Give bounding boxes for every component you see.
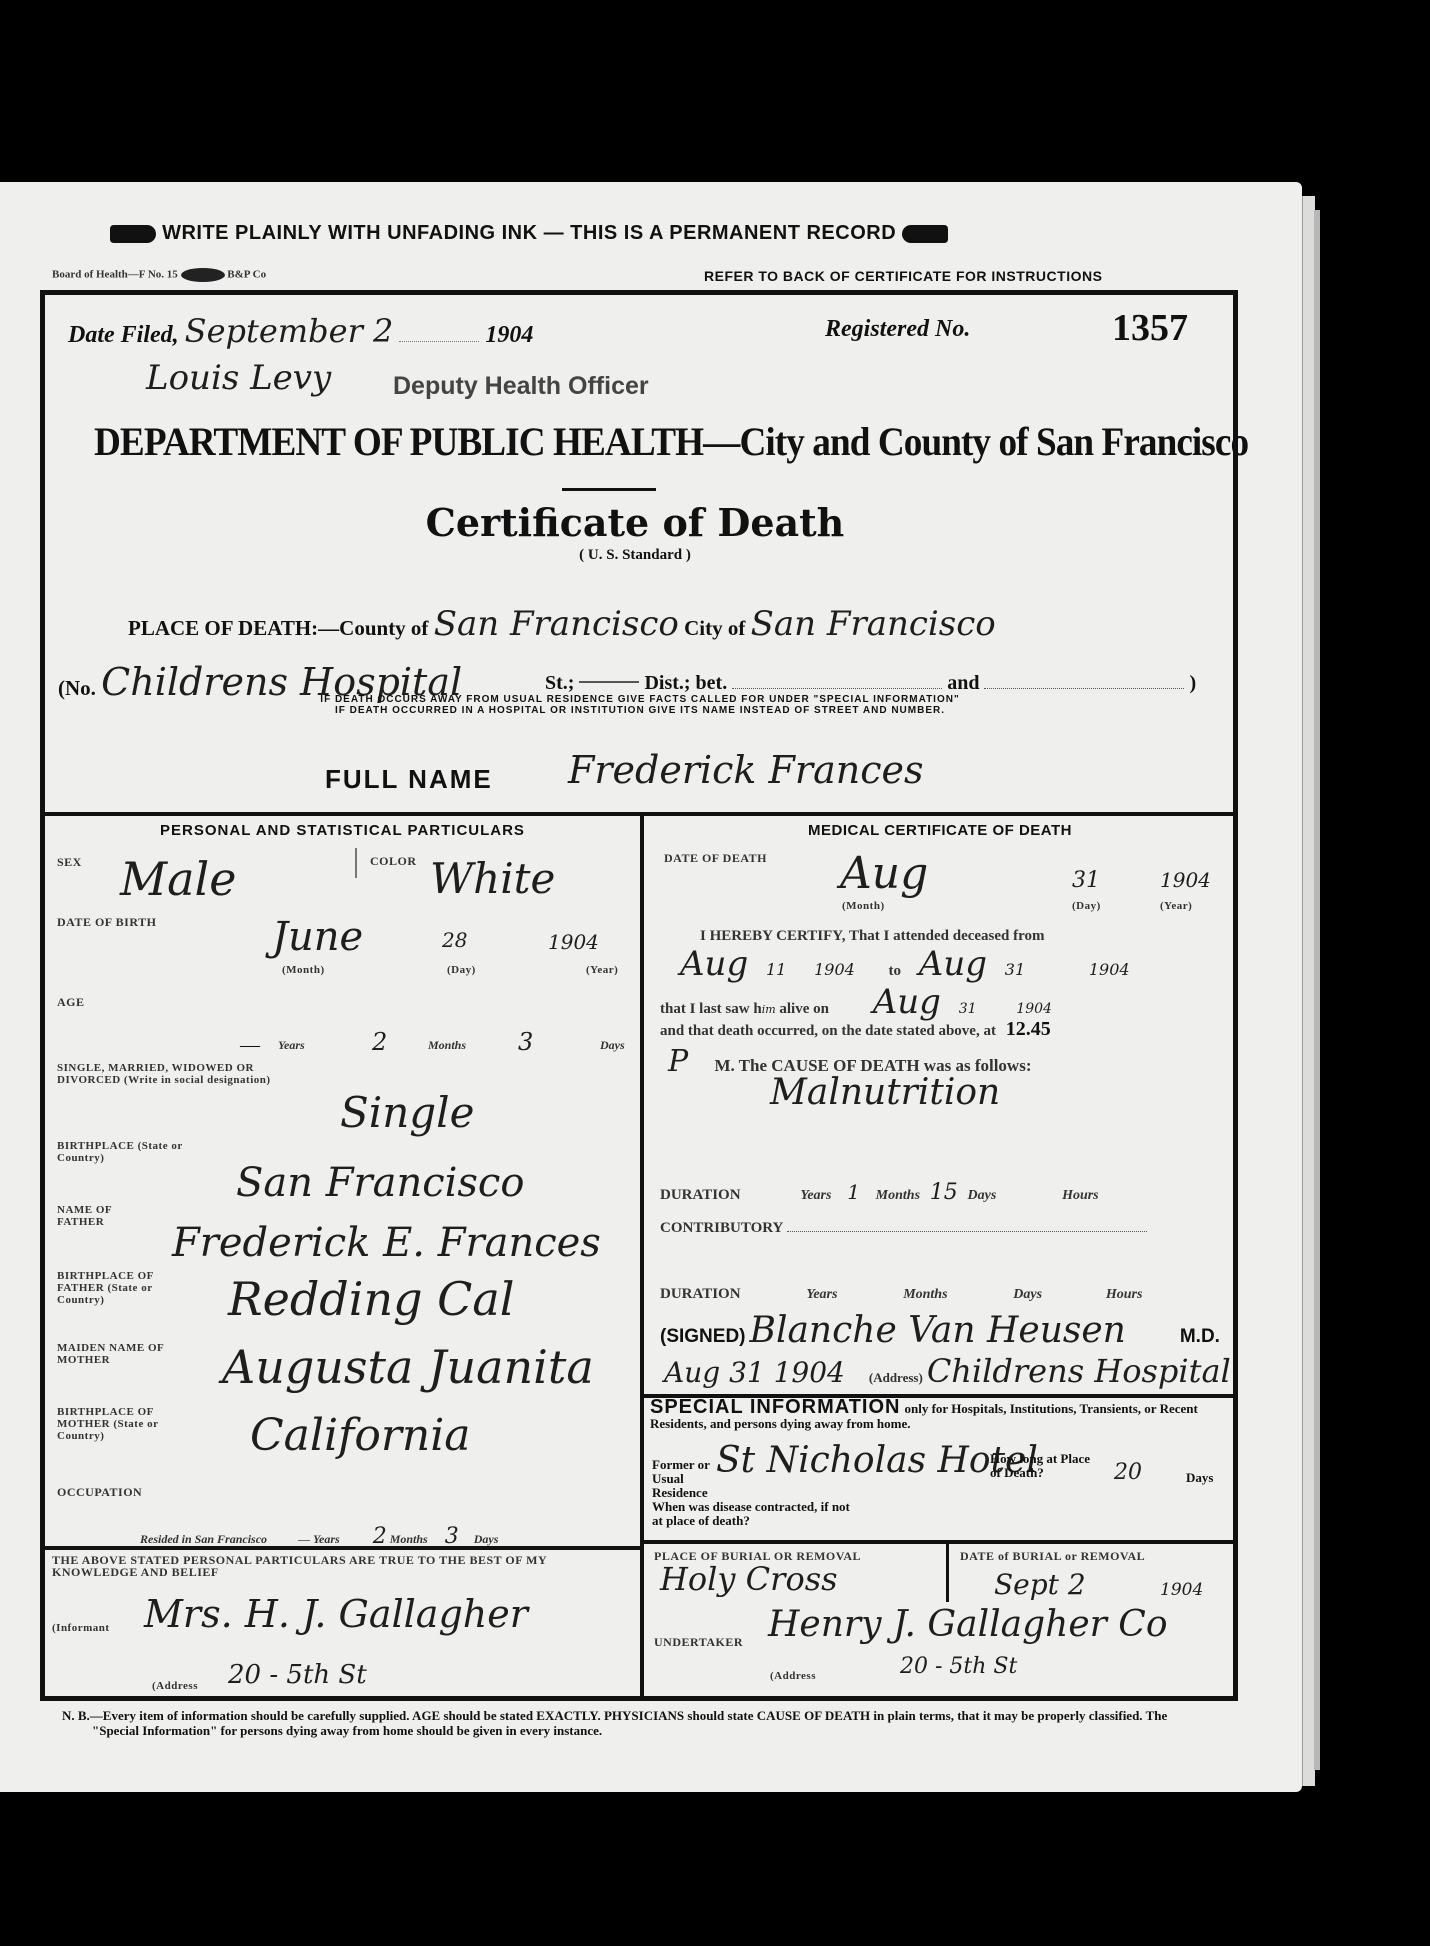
color-value: White (430, 854, 555, 903)
section-rule (40, 812, 1238, 816)
age-label: AGE (57, 996, 85, 1008)
certify-text: I HEREBY CERTIFY, That I attended deceas… (700, 928, 1045, 945)
death-time: 12.45 (1006, 1018, 1051, 1040)
burial-date: Sept 2 (994, 1568, 1086, 1601)
title-rule (562, 488, 656, 491)
death-time-row: and that death occurred, on the date sta… (660, 1018, 1051, 1041)
dod-day: 31 (1072, 868, 1100, 893)
birthplace-value: San Francisco (236, 1160, 524, 1206)
informant-statement: THE ABOVE STATED PERSONAL PARTICULARS AR… (52, 1554, 632, 1578)
how-long-value: 20 (1114, 1460, 1142, 1485)
contracted-label: When was disease contracted, if not at p… (652, 1500, 852, 1528)
officer-title: Deputy Health Officer (393, 372, 649, 401)
attended-row: Aug 11 1904 to Aug 31 1904 (680, 944, 1130, 984)
instructions-note: REFER TO BACK OF CERTIFICATE FOR INSTRUC… (704, 268, 1102, 284)
date-filed-year: 1904 (485, 322, 533, 348)
sex-value: Male (120, 852, 236, 906)
occupation-label: OCCUPATION (57, 1486, 142, 1498)
place-of-death: PLACE OF DEATH:—County of San Francisco … (128, 604, 996, 644)
undertaker-label: UNDERTAKER (654, 1636, 743, 1648)
dod-year: 1904 (1160, 868, 1211, 892)
banner-text: WRITE PLAINLY WITH UNFADING INK — THIS I… (162, 222, 896, 244)
physician-row: (SIGNED) Blanche Van Heusen M.D. (660, 1310, 1220, 1351)
father-birthplace-value: Redding Cal (228, 1272, 515, 1326)
frame-bottom (40, 1696, 1238, 1701)
dob-label: DATE OF BIRTH (57, 916, 156, 928)
department-title: DEPARTMENT OF PUBLIC HEALTH—City and Cou… (94, 418, 1248, 465)
form-id: Board of Health—F No. 15 B&P Co (52, 268, 266, 282)
undertaker-address: 20 - 5th St (900, 1654, 1017, 1679)
burial-divider (946, 1544, 949, 1602)
dob-year: 1904 (548, 930, 599, 954)
pointing-hand-icon (110, 225, 156, 243)
certificate-title: Certificate of Death (0, 500, 1270, 545)
standard-label: ( U. S. Standard ) (0, 547, 1270, 564)
mother-birthplace-value: California (250, 1410, 471, 1461)
attended-from-month: Aug (680, 944, 748, 984)
informant-address: 20 - 5th St (228, 1660, 367, 1690)
dob-month: June (272, 914, 363, 960)
color-label: COLOR (370, 855, 417, 867)
county-value: San Francisco (434, 604, 679, 644)
medical-heading: MEDICAL CERTIFICATE OF DEATH (645, 822, 1235, 839)
dod-label: DATE OF DEATH (664, 852, 767, 864)
full-name-value: Frederick Frances (568, 748, 923, 792)
mother-value: Augusta Juanita (222, 1340, 594, 1394)
father-label: NAME OF FATHER (57, 1204, 147, 1228)
physician-signature: Blanche Van Heusen (750, 1310, 1126, 1351)
column-divider (640, 812, 644, 1700)
officer-signature: Louis Levy (146, 358, 331, 398)
marital-value: Single (340, 1088, 474, 1137)
date-filed-value: September 2 (185, 312, 394, 350)
city-value: San Francisco (751, 604, 996, 644)
banner: WRITE PLAINLY WITH UNFADING INK — THIS I… (110, 222, 1190, 245)
mother-birthplace-label: BIRTHPLACE OF MOTHER (State or Country) (57, 1406, 187, 1442)
cause-value: Malnutrition (770, 1072, 1000, 1113)
duration-row: DURATION Years 1 Months 15 Days Hours (660, 1180, 1099, 1205)
place-note: IF DEATH OCCURS AWAY FROM USUAL RESIDENC… (200, 694, 1080, 716)
birthplace-label: BIRTHPLACE (State or Country) (57, 1140, 217, 1164)
special-heading: SPECIAL INFORMATION only for Hospitals, … (650, 1400, 1230, 1431)
registered-number: 1357 (1112, 306, 1188, 350)
full-name-label: FULL NAME (325, 764, 493, 795)
burial-rule (644, 1540, 1238, 1544)
age-days: 3 (518, 1028, 533, 1056)
father-value: Frederick E. Frances (172, 1220, 601, 1266)
footer-note: N. B.—Every item of information should b… (62, 1708, 1172, 1738)
duration-months: 15 (930, 1180, 958, 1205)
last-saw-month: Aug (873, 982, 941, 1022)
pointing-hand-icon (902, 225, 948, 243)
signed-row: Aug 31 1904 (Address) Childrens Hospital (664, 1352, 1231, 1390)
informant-name: Mrs. H. J. Gallagher (144, 1592, 528, 1636)
physician-address: Childrens Hospital (927, 1352, 1231, 1390)
duration-years: 1 (847, 1180, 860, 1204)
age-years: — (240, 1034, 260, 1057)
last-saw-row: that I last saw him alive on Aug 31 1904 (660, 982, 1052, 1022)
sex-label: SEX (57, 856, 82, 868)
age-months: 2 (372, 1028, 387, 1056)
registered-label: Registered No. (825, 316, 970, 343)
duration2-row: DURATION Years Months Days Hours (660, 1286, 1142, 1303)
frame-top (40, 290, 1238, 295)
union-label-icon (181, 268, 225, 282)
dod-month: Aug (840, 848, 928, 899)
father-birthplace-label: BIRTHPLACE OF FATHER (State or Country) (57, 1270, 187, 1306)
how-long-label: How long at Place of Death? (990, 1452, 1090, 1480)
dob-day: 28 (442, 928, 467, 952)
marital-label: SINGLE, MARRIED, WIDOWED OR DIVORCED (Wr… (57, 1062, 287, 1086)
burial-year: 1904 (1160, 1580, 1203, 1600)
attended-to-month: Aug (919, 944, 987, 984)
signed-date: Aug 31 1904 (664, 1356, 845, 1389)
page-edge-shadow (1314, 210, 1320, 1770)
burial-place: Holy Cross (660, 1560, 838, 1598)
undertaker-value: Henry J. Gallagher Co (768, 1604, 1168, 1645)
contributory-row: CONTRIBUTORY (660, 1220, 1147, 1237)
meridiem: P (668, 1044, 688, 1079)
personal-heading: PERSONAL AND STATISTICAL PARTICULARS (45, 822, 640, 839)
burial-date-label: DATE of BURIAL or REMOVAL (960, 1550, 1145, 1562)
street-fields: St.; Dist.; bet. and ) (545, 672, 1196, 695)
mother-label: MAIDEN NAME OF MOTHER (57, 1342, 187, 1366)
date-filed: Date Filed, September 2 1904 (68, 312, 533, 350)
informant-rule (40, 1546, 640, 1550)
